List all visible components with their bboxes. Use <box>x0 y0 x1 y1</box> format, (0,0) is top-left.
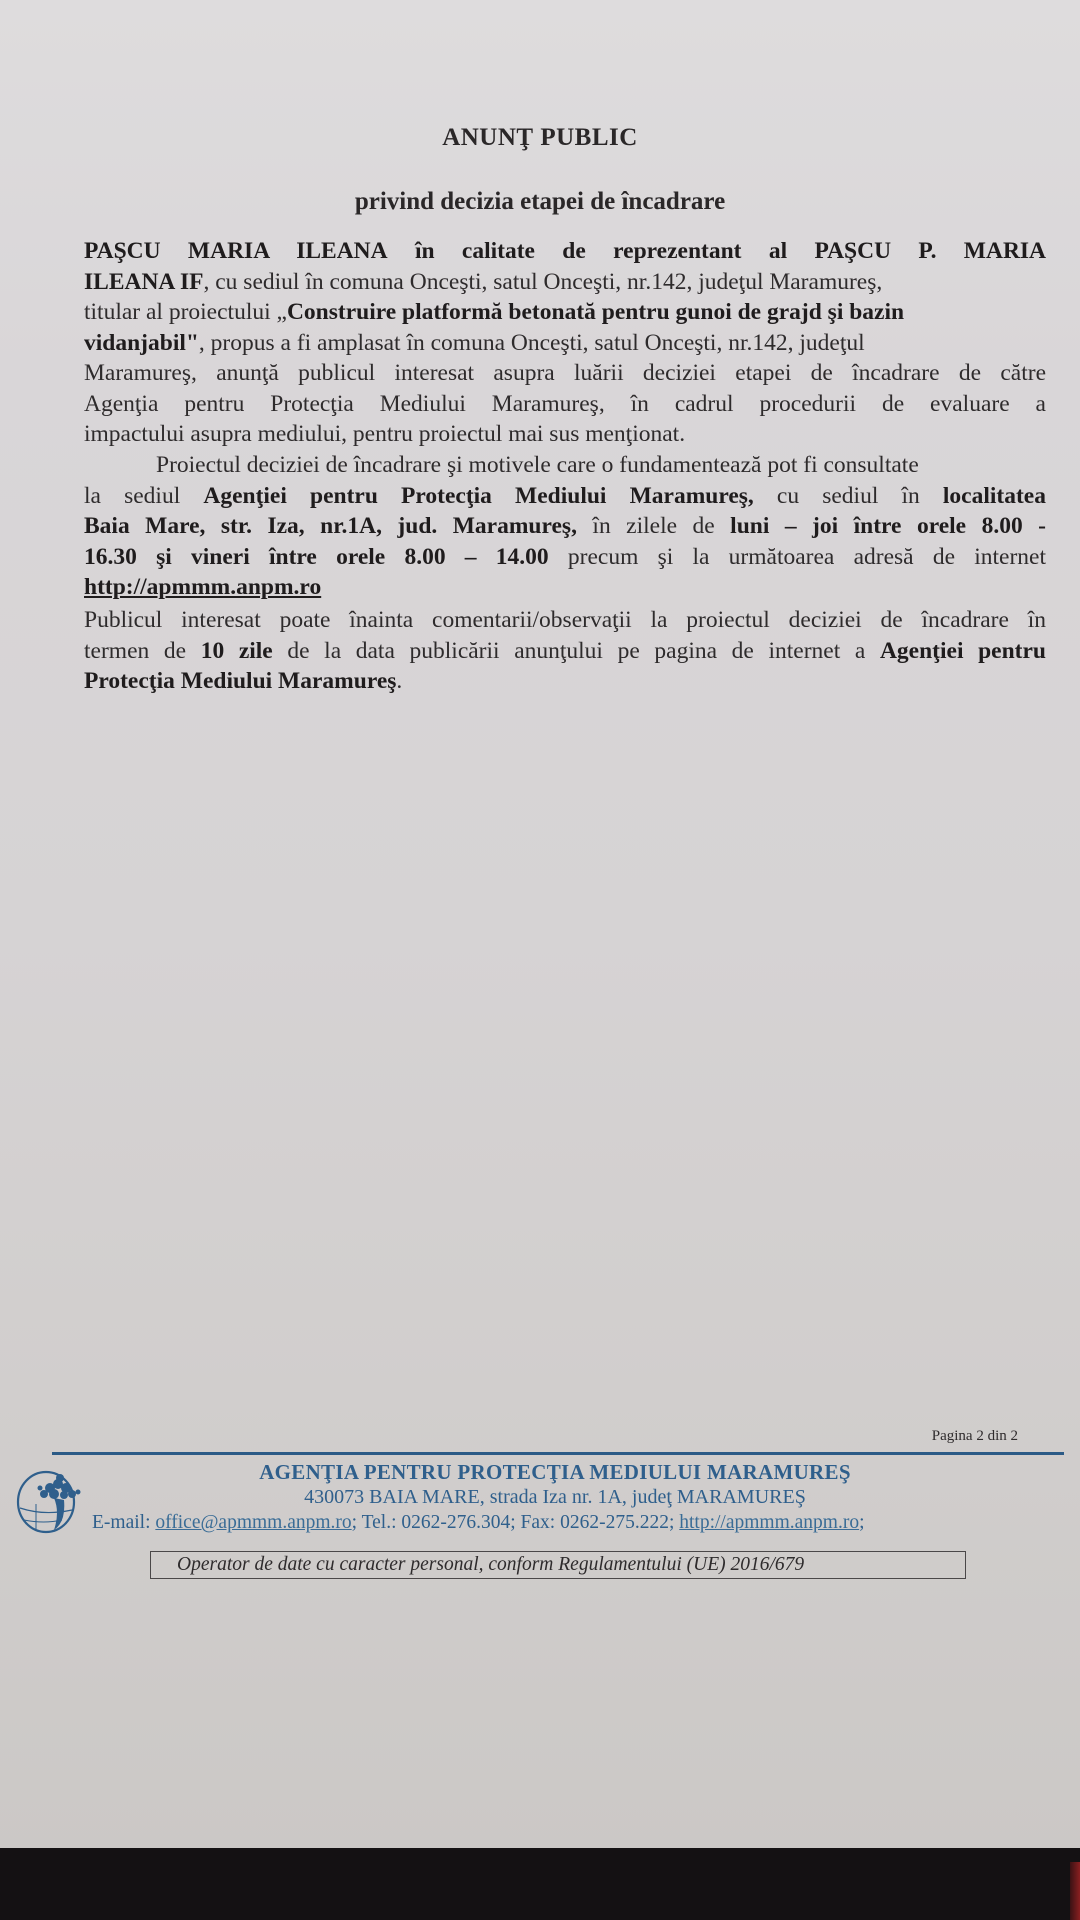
agency-bold: Agenţiei pentru <box>880 638 1046 664</box>
project-name-part2: vidanjabil" <box>84 330 199 356</box>
phone-fax-text: ; Tel.: 0262-276.304; Fax: 0262-275.222; <box>352 1512 680 1533</box>
paragraph1-line3: titular al proiectului „Construire platf… <box>84 297 1046 328</box>
document-subtitle: privind decizia etapei de încadrare <box>0 188 1080 216</box>
agency-address: 430073 BAIA MARE, strada Iza nr. 1A, jud… <box>0 1486 1080 1509</box>
company-name-part1: PAŞCU P. MARIA <box>814 238 1046 264</box>
email-label: E-mail: <box>92 1512 155 1533</box>
deadline-bold: 10 zile <box>201 638 273 664</box>
hours-friday-bold: 16.30 şi vineri între orele 8.00 – 14.00 <box>84 544 549 570</box>
agency-bold: Agenţiei pentru Protecţia Mediului Maram… <box>203 483 753 509</box>
paragraph1-line5: Maramureş, anunţă publicul interesat asu… <box>84 358 1046 389</box>
paragraph3-line1: Publicul interesat poate înainta comenta… <box>84 605 1046 636</box>
paragraph-announcement: PAŞCU MARIA ILEANA în calitate de reprez… <box>84 236 1046 450</box>
line-text: de la data publicării anunţului pe pagin… <box>273 638 880 664</box>
in-quality-text: în calitate de reprezentant al <box>415 238 787 264</box>
company-name-part2: ILEANA IF <box>84 269 204 295</box>
paragraph1-line2: ILEANA IF, cu sediul în comuna Onceşti, … <box>84 267 1046 298</box>
red-object-edge <box>1070 1862 1080 1920</box>
agency-bold: Protecţia Mediului Maramureş <box>84 668 396 694</box>
paragraph-comments: Publicul interesat poate înainta comenta… <box>84 605 1046 697</box>
page-number: Pagina 2 din 2 <box>932 1428 1018 1445</box>
paragraph3-line3: Protecţia Mediului Maramureş. <box>84 666 1046 697</box>
paragraph2-line2: la sediul Agenţiei pentru Protecţia Medi… <box>84 481 1046 512</box>
agency-contact: E-mail: office@apmmm.anpm.ro; Tel.: 0262… <box>92 1512 865 1534</box>
line-text: termen de <box>84 638 201 664</box>
paragraph3-line2: termen de 10 zile de la data publicării … <box>84 636 1046 667</box>
paragraph1-line1: PAŞCU MARIA ILEANA în calitate de reprez… <box>84 236 1046 267</box>
paragraph2-line3: Baia Mare, str. Iza, nr.1A, jud. Maramur… <box>84 511 1046 542</box>
page-footer: Pagina 2 din 2 AGENŢIA PENTRU PROTECŢIA … <box>0 1420 1080 1600</box>
paragraph-consultation: Proiectul deciziei de încadrare şi motiv… <box>84 450 1046 603</box>
locality-bold: localitatea <box>943 483 1046 509</box>
table-surface <box>0 1848 1080 1920</box>
email-link[interactable]: office@apmmm.anpm.ro <box>155 1512 351 1533</box>
paragraph2-line5: http://apmmm.anpm.ro <box>84 572 1046 603</box>
line-text: precum şi la următoarea adresă de intern… <box>549 544 1046 570</box>
paragraph2-line1: Proiectul deciziei de încadrare şi motiv… <box>84 450 1046 481</box>
seat-text: , cu sediul în comuna Onceşti, satul Onc… <box>204 269 883 295</box>
holder-text: titular al proiectului „ <box>84 299 287 325</box>
location-text: , propus a fi amplasat în comuna Onceşti… <box>199 330 865 356</box>
line-text: în zilele de <box>577 513 730 539</box>
applicant-name: PAŞCU MARIA ILEANA <box>84 238 388 264</box>
paragraph1-line4: vidanjabil", propus a fi amplasat în com… <box>84 328 1046 359</box>
paragraph1-line6: Agenţia pentru Protecţia Mediului Maramu… <box>84 389 1046 420</box>
paragraph1-line7: impactului asupra mediului, pentru proie… <box>84 419 1046 450</box>
address-bold: Baia Mare, str. Iza, nr.1A, jud. Maramur… <box>84 513 577 539</box>
paragraph2-line4: 16.30 şi vineri între orele 8.00 – 14.00… <box>84 542 1046 573</box>
website-link[interactable]: http://apmmm.anpm.ro <box>84 574 321 600</box>
contact-suffix: ; <box>859 1512 864 1533</box>
gdpr-notice: Operator de date cu caracter personal, c… <box>150 1551 966 1579</box>
agency-name: AGENŢIA PENTRU PROTECŢIA MEDIULUI MARAMU… <box>0 1460 1080 1485</box>
document-title: ANUNŢ PUBLIC <box>0 124 1080 152</box>
footer-divider <box>52 1452 1064 1455</box>
line-text: . <box>396 668 402 694</box>
line-text: cu sediul în <box>754 483 943 509</box>
project-name-part1: Construire platformă betonată pentru gun… <box>287 299 904 325</box>
line-text: la sediul <box>84 483 203 509</box>
hours-bold: luni – joi între orele 8.00 - <box>730 513 1046 539</box>
footer-website-link[interactable]: http://apmmm.anpm.ro <box>679 1512 859 1533</box>
